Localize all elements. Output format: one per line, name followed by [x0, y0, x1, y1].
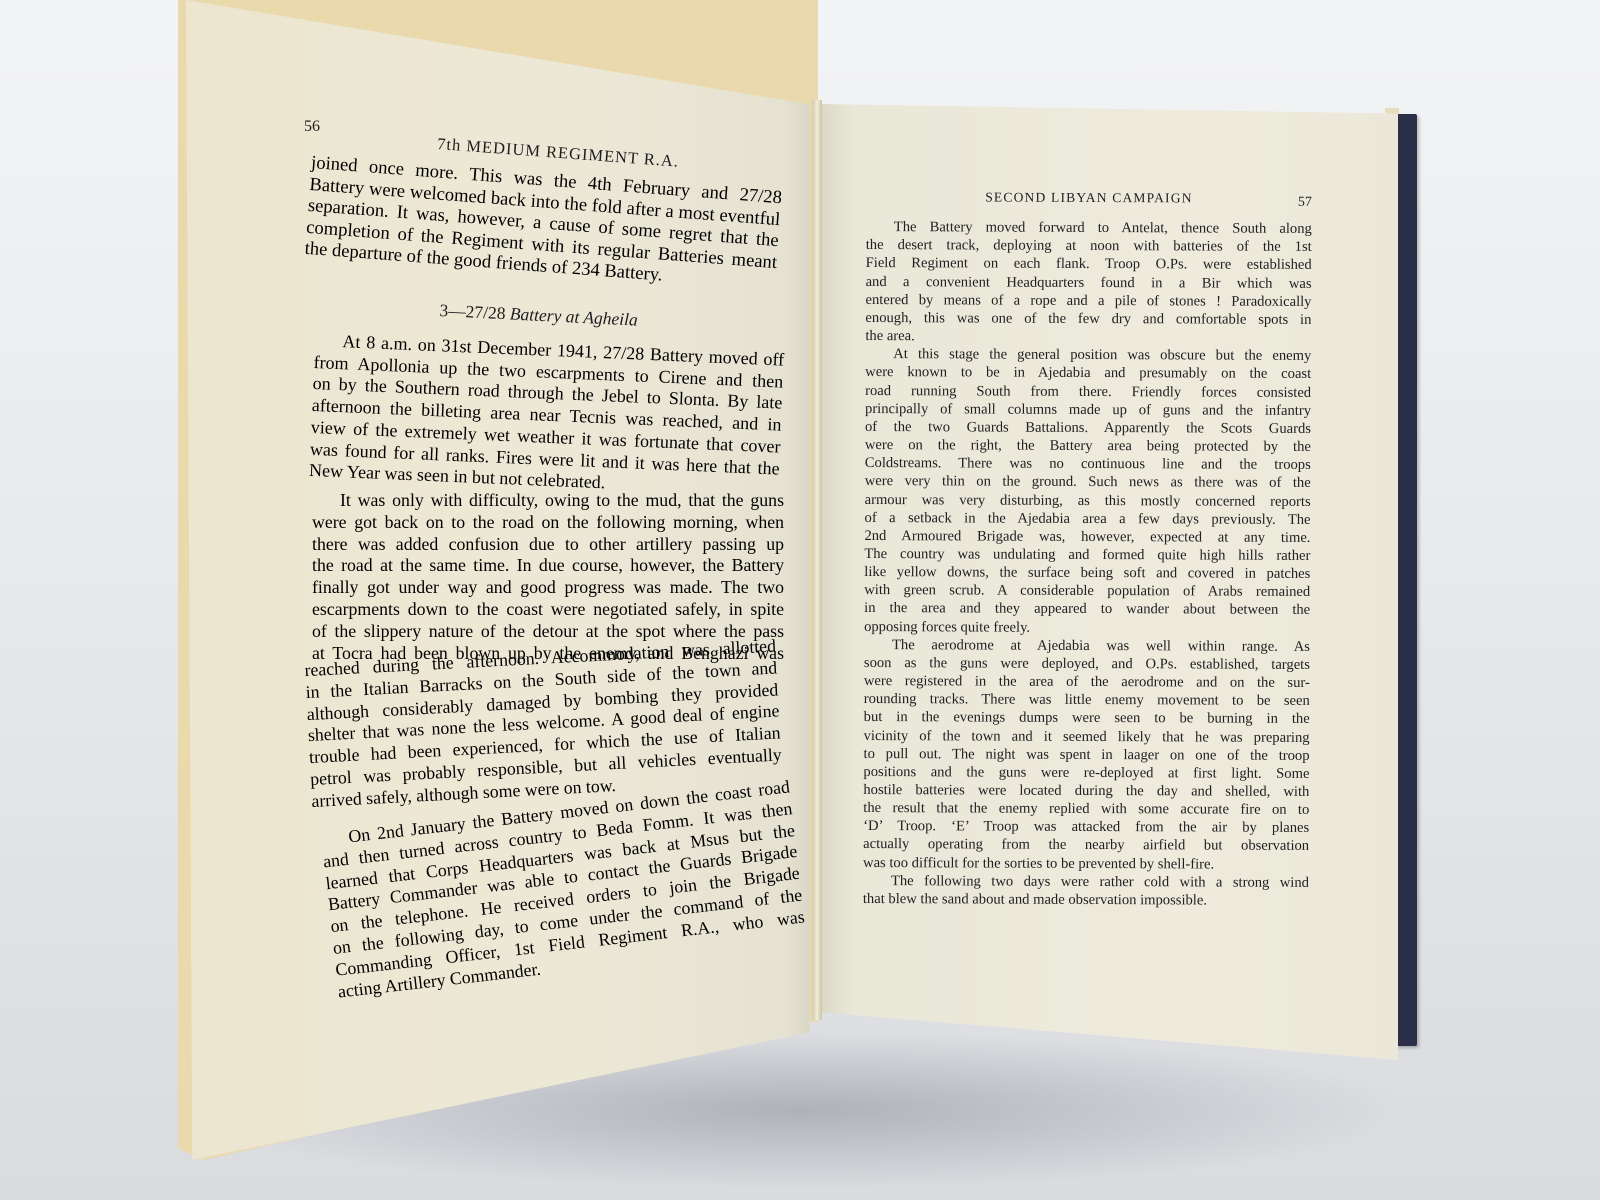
- right-page-text: SECOND LIBYAN CAMPAIGN 57 The Battery mo…: [863, 188, 1312, 910]
- text-line: the desert track, deploying at noon with…: [866, 236, 1312, 256]
- text-line: escarpments down to the coast were negot…: [312, 599, 784, 621]
- running-head-right-text: SECOND LIBYAN CAMPAIGN: [985, 190, 1193, 206]
- text-line: Coldstreams. There was no continuous lin…: [865, 454, 1311, 474]
- right-para-3: The aerodrome at Ajedabia was well withi…: [863, 636, 1310, 874]
- text-line: the road at the same time. In due course…: [312, 555, 784, 577]
- left-para-2: At 8 a.m. on 31st December 1941, 27/28 B…: [309, 330, 785, 501]
- text-line: there was added confusion due to other a…: [312, 534, 784, 556]
- text-line: It was only with difficulty, owing to th…: [312, 490, 784, 512]
- text-line: positions and the guns were re-deployed …: [863, 763, 1309, 783]
- text-line: road running South from there. Friendly …: [865, 382, 1311, 402]
- page-number-left: 56: [304, 118, 320, 136]
- page-number-right: 57: [1298, 194, 1312, 212]
- text-line: 2nd Armoured Brigade was, however, expec…: [864, 527, 1310, 547]
- running-head-right: SECOND LIBYAN CAMPAIGN 57: [866, 188, 1312, 208]
- text-line: of the two Guards Battalions. Apparently…: [865, 418, 1311, 438]
- text-line: The country was undulating and formed qu…: [864, 545, 1310, 565]
- text-line: were very thin on the ground. Such news …: [865, 472, 1311, 492]
- text-line: At this stage the general position was o…: [865, 345, 1311, 365]
- text-line: were on the right, the Battery area bein…: [865, 436, 1311, 456]
- text-line: The following two days were rather cold …: [863, 872, 1309, 892]
- text-line: vicinity of the town and it seemed likel…: [864, 727, 1310, 747]
- book-cover: [1395, 114, 1417, 1046]
- text-line: and a convenient Headquarters found in a…: [866, 273, 1312, 293]
- section-heading-number: 3—27/28: [439, 300, 506, 323]
- right-para-4: The following two days were rather cold …: [863, 872, 1309, 910]
- text-line: principally of small columns made up of …: [865, 400, 1311, 420]
- text-line: ‘D’ Troop. ‘E’ Troop was attacked from t…: [863, 817, 1309, 837]
- text-line: armour was very disturbing, as this most…: [865, 490, 1311, 510]
- text-line: but in the evenings dumps were seen to b…: [864, 708, 1310, 728]
- text-line: Field Regiment on each flank. Troop O.Ps…: [866, 254, 1312, 274]
- text-line: were known to be in Ajedabia and presuma…: [865, 363, 1311, 383]
- text-line: The Battery moved forward to Antelat, th…: [866, 218, 1312, 238]
- text-line: entered by means of a rope and a pile of…: [865, 291, 1311, 311]
- text-line: rounding tracks. There was little enemy …: [864, 690, 1310, 710]
- text-line: were got back on to the road on the foll…: [312, 512, 784, 534]
- book-gutter: [812, 100, 822, 1020]
- text-line: like yellow downs, the surface being sof…: [864, 563, 1310, 583]
- text-line: with green scrub. A considerable populat…: [864, 581, 1310, 601]
- text-line: finally got under way and good progress …: [312, 577, 784, 599]
- text-line: the area.: [865, 327, 1311, 347]
- text-line: enough, this was one of the few dry and …: [865, 309, 1311, 329]
- text-line: actually operating from the nearby airfi…: [863, 835, 1309, 855]
- text-line: soon as the guns were deployed, and O.Ps…: [864, 654, 1310, 674]
- right-para-2: At this stage the general position was o…: [864, 345, 1311, 637]
- right-para-1: The Battery moved forward to Antelat, th…: [865, 218, 1312, 347]
- text-line: to pull out. The night was spent in laag…: [863, 745, 1309, 765]
- text-line: in the area and they appeared to wander …: [864, 599, 1310, 619]
- text-line: that blew the sand about and made observ…: [863, 890, 1309, 910]
- text-line: hostile batteries were located during th…: [863, 781, 1309, 801]
- text-line: of a setback in the Ajedabia area a few …: [865, 509, 1311, 529]
- text-line: was too difficult for the sorties to be …: [863, 854, 1309, 874]
- text-line: the result that the enemy replied with s…: [863, 799, 1309, 819]
- text-line: The aerodrome at Ajedabia was well withi…: [864, 636, 1310, 656]
- text-line: opposing forces quite freely.: [864, 618, 1310, 638]
- text-line: were registered in the area of the aerod…: [864, 672, 1310, 692]
